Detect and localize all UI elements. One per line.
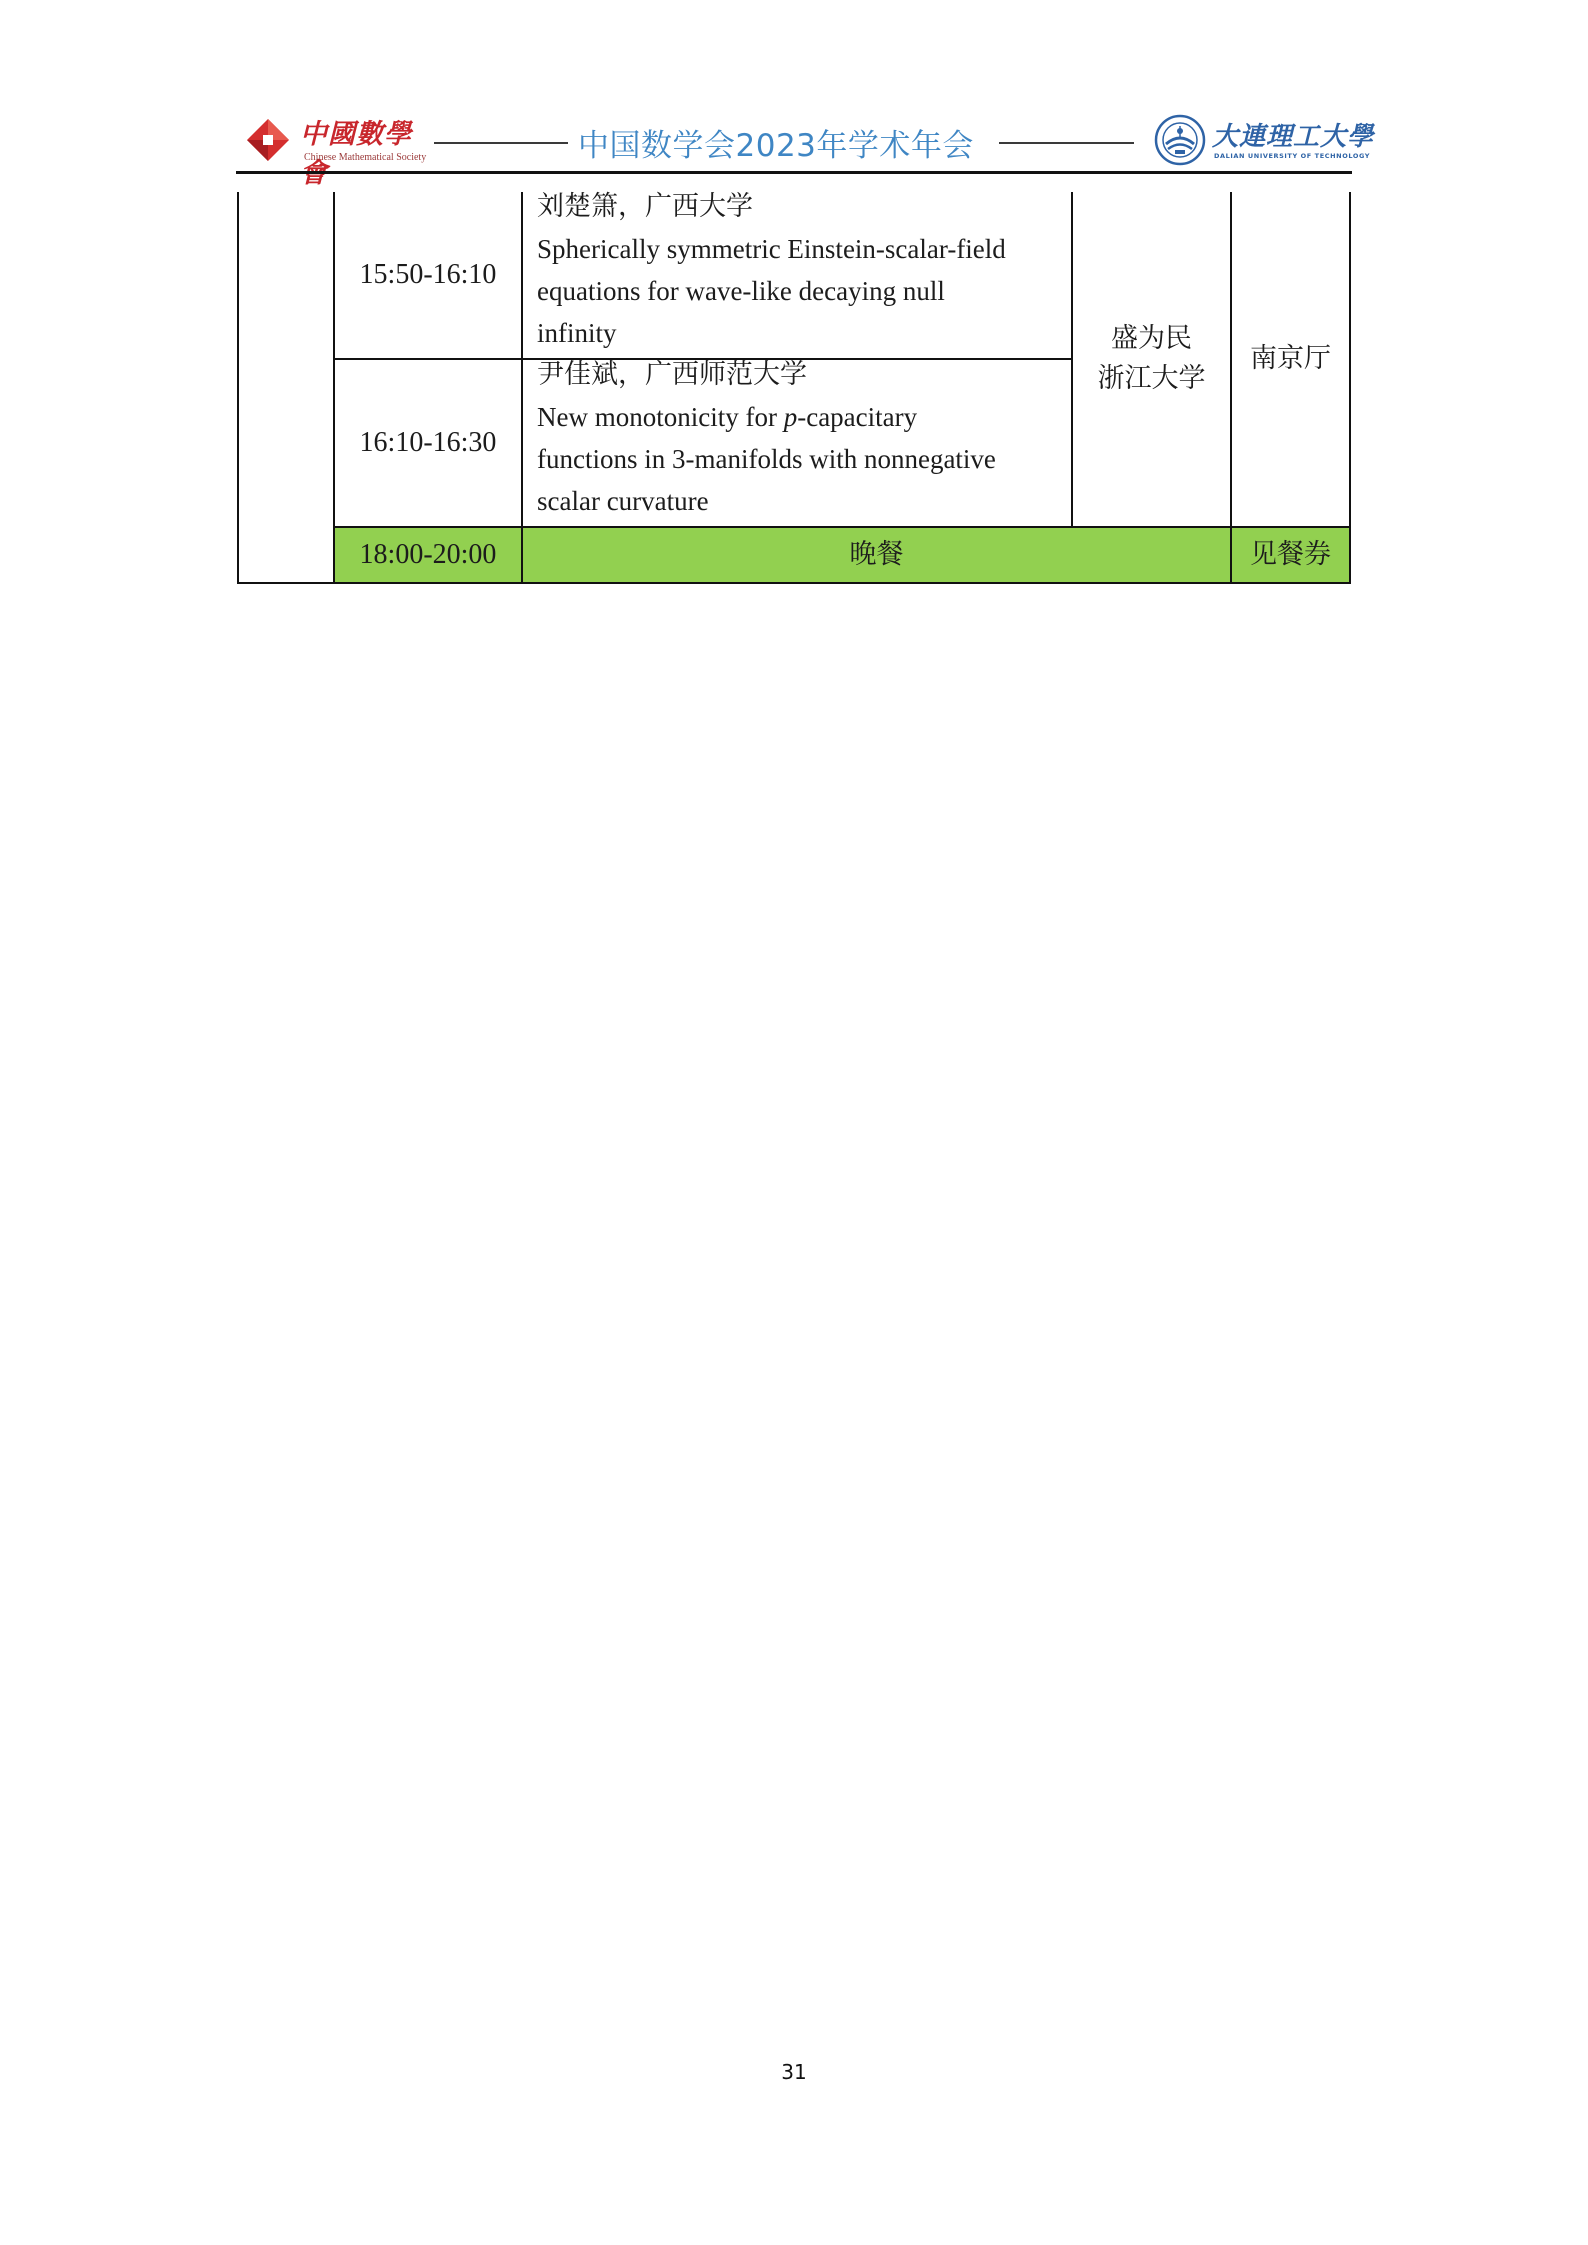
talk-title-line: New monotonicity for p-capacitary	[537, 396, 1085, 438]
talk-title-line: functions in 3-manifolds with nonnegativ…	[537, 438, 1085, 480]
table-border-bottom	[237, 582, 1351, 584]
talk-title-text: -capacitary	[797, 402, 917, 432]
speaker-affiliation: 刘楚箫，广西大学	[537, 186, 1085, 228]
talk-title-italic: p	[784, 402, 798, 432]
talk-title-line: scalar curvature	[537, 480, 1085, 522]
meal-time: 18:00-20:00	[335, 528, 521, 582]
session-talk: 尹佳斌，广西师范大学 New monotonicity for p-capaci…	[523, 354, 1085, 522]
cms-name-cn: 中國數學會	[300, 112, 428, 190]
speaker-affiliation: 尹佳斌，广西师范大学	[537, 354, 1085, 396]
dut-name-en: DALIAN UNIVERSITY OF TECHNOLOGY	[1214, 152, 1370, 160]
cms-name-en: Chinese Mathematical Society	[304, 152, 426, 163]
cms-diamond-icon	[246, 118, 290, 162]
header-rule-right	[999, 142, 1134, 144]
header-divider	[236, 171, 1352, 174]
schedule-table: 15:50-16:10 刘楚箫，广西大学 Spherically symmetr…	[237, 192, 1352, 584]
session-chair: 盛为民 浙江大学	[1073, 192, 1230, 526]
talk-title-line: Spherically symmetric Einstein-scalar-fi…	[537, 228, 1085, 270]
chair-affiliation: 浙江大学	[1098, 359, 1206, 399]
talk-title-line: infinity	[537, 312, 1085, 354]
session-time: 16:10-16:30	[335, 360, 521, 526]
dut-name-cn: 大連理工大學	[1212, 116, 1374, 153]
page-header: 中國數學會 Chinese Mathematical Society 中国数学会…	[236, 110, 1352, 172]
meal-note: 见餐券	[1232, 528, 1349, 582]
session-time: 15:50-16:10	[335, 192, 521, 358]
dut-logo: 大連理工大學 DALIAN UNIVERSITY OF TECHNOLOGY	[1154, 112, 1352, 168]
chair-name: 盛为民	[1111, 319, 1192, 359]
meal-label: 晚餐	[523, 528, 1230, 582]
university-emblem-icon	[1154, 114, 1206, 166]
conference-title: 中国数学会2023年学术年会	[578, 120, 974, 165]
page-number: 31	[774, 2060, 814, 2084]
talk-title-text: New monotonicity for	[537, 402, 784, 432]
session-talk: 刘楚箫，广西大学 Spherically symmetric Einstein-…	[523, 186, 1085, 354]
cms-logo: 中國數學會 Chinese Mathematical Society	[242, 112, 428, 168]
table-border-left	[237, 192, 239, 584]
talk-title-line: equations for wave-like decaying null	[537, 270, 1085, 312]
session-venue: 南京厅	[1232, 192, 1349, 526]
header-rule-left	[434, 142, 568, 144]
